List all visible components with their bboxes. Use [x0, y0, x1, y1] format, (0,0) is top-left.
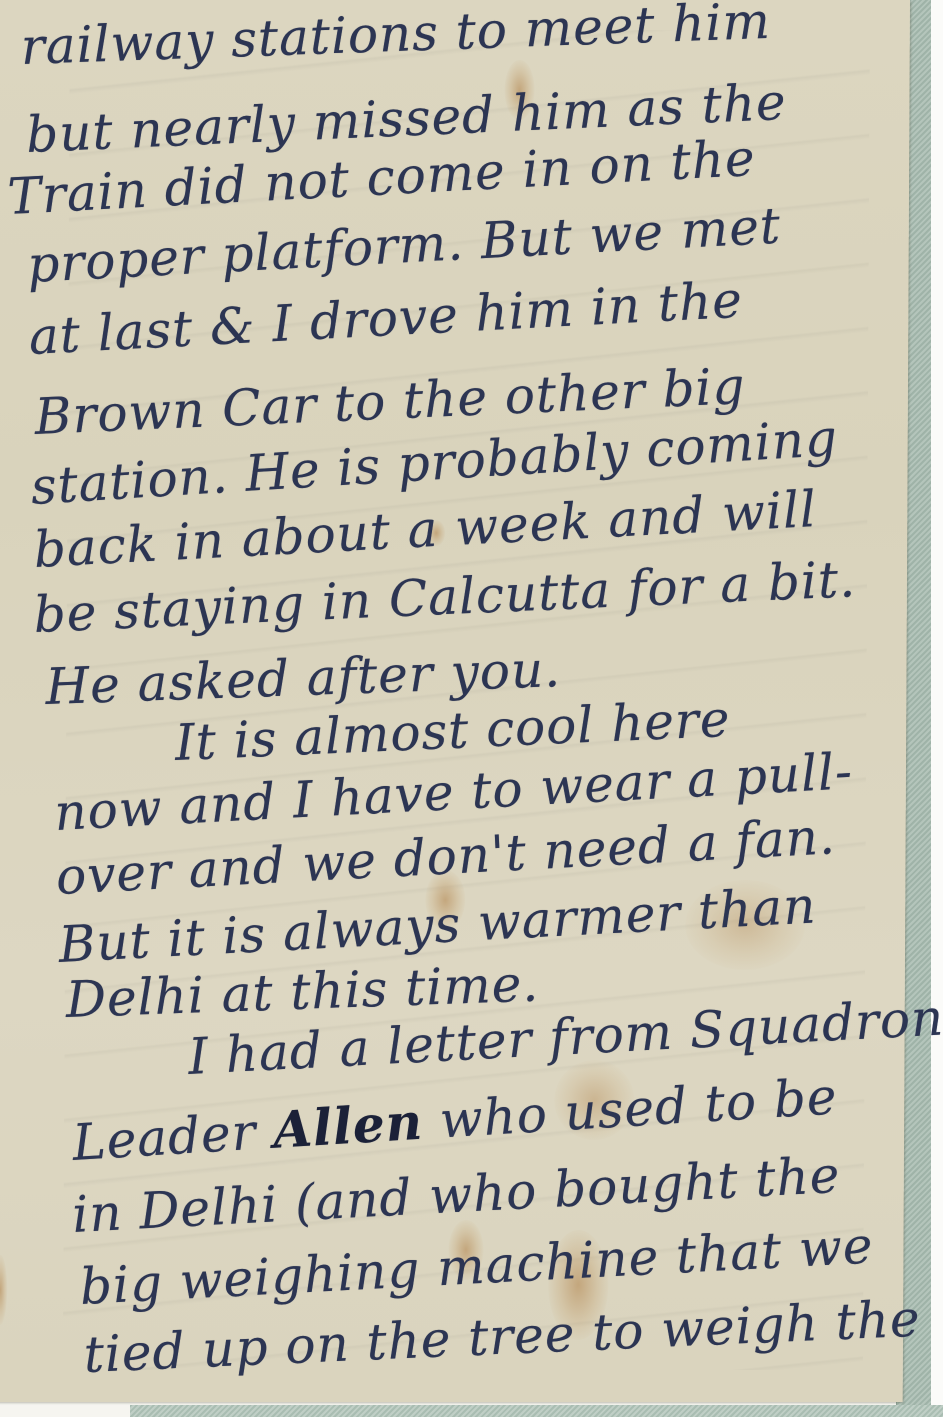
- bottom-cloth-backing: [130, 1405, 943, 1417]
- scanned-letter-page: railway stations to meet him but nearly …: [0, 0, 943, 1417]
- text-line: railway stations to meet him: [20, 0, 771, 72]
- emphasized-name: Allen: [272, 1092, 425, 1160]
- handwritten-text: railway stations to meet him but nearly …: [0, 0, 910, 1402]
- letter-paper: railway stations to meet him but nearly …: [0, 0, 910, 1402]
- scan-white-margin: [931, 0, 943, 1417]
